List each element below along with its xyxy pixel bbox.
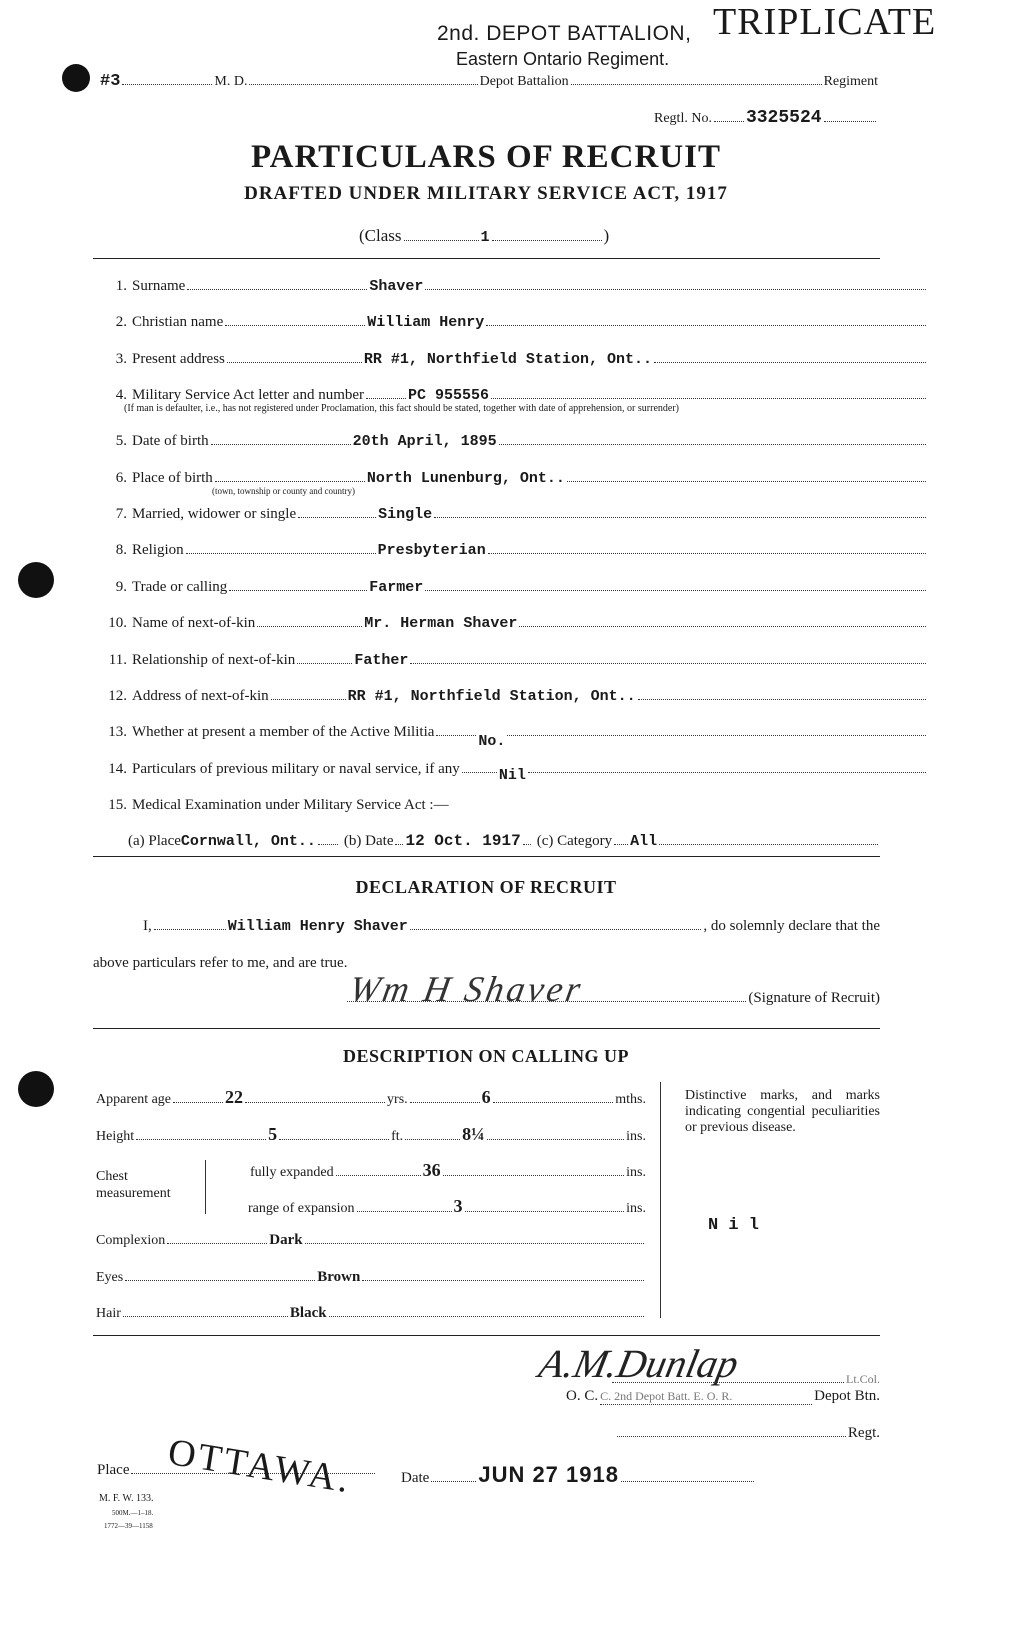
divider	[93, 258, 880, 259]
footer-date-line: Date JUN 27 1918	[401, 1462, 756, 1488]
range-expansion-row: range of expansion 3 ins.	[248, 1196, 646, 1217]
page-title: PARTICULARS OF RECRUIT	[0, 139, 972, 176]
regiment-label: Regiment	[824, 74, 878, 90]
fully-expanded-value: 36	[423, 1160, 441, 1181]
form-number: M. F. W. 133.	[99, 1493, 154, 1504]
declaration-name-value: William Henry Shaver	[228, 918, 408, 935]
regt-line: Regt.	[615, 1425, 880, 1442]
officer-sign-line: Lt.Col.	[610, 1372, 880, 1387]
regtl-no-value: 3325524	[746, 108, 822, 128]
msa-note: (If man is defaulter, i.e., has not regi…	[124, 403, 679, 414]
oc-line: O. C. C. 2nd Depot Batt. E. O. R. Depot …	[566, 1388, 880, 1405]
field-msa-number: 4. Military Service Act letter and numbe…	[105, 387, 928, 404]
marks-value: N i l	[708, 1216, 759, 1235]
marks-label: Distinctive marks, and marks indicating …	[685, 1088, 880, 1136]
md-value: #3	[100, 72, 120, 91]
md-label: M. D.	[214, 74, 247, 90]
depot-label: Depot Battalion	[480, 74, 569, 90]
kin-address-value: RR #1, Northfield Station, Ont..	[348, 688, 636, 705]
place-of-birth-note: (town, township or county and country)	[212, 486, 355, 496]
next-of-kin-value: Mr. Herman Shaver	[364, 615, 517, 632]
field-previous-service: 14. Particulars of previous military or …	[105, 761, 928, 778]
marks-divider	[660, 1082, 661, 1318]
present-address-value: RR #1, Northfield Station, Ont..	[364, 351, 652, 368]
eyes-value: Brown	[317, 1269, 360, 1286]
eyes-row: Eyes Brown	[96, 1269, 646, 1286]
field-marital-status: 7. Married, widower or single Single	[105, 506, 928, 523]
stamp-regiment: Eastern Ontario Regiment.	[456, 49, 669, 70]
divider	[93, 1335, 880, 1336]
stamp-triplicate: TRIPLICATE	[713, 0, 936, 44]
field-trade: 9. Trade or calling Farmer	[105, 579, 928, 596]
field-surname: 1. Surname Shaver	[105, 278, 928, 295]
hair-value: Black	[290, 1305, 327, 1322]
print-line-2: 1772—39—1158	[104, 1522, 153, 1530]
field-medical-exam: 15. Medical Examination under Military S…	[105, 797, 928, 814]
relationship-value: Father	[354, 652, 408, 669]
print-line-1: 500M.—1–18.	[112, 1509, 153, 1517]
field-relationship: 11. Relationship of next-of-kin Father	[105, 652, 928, 669]
marital-status-value: Single	[378, 506, 432, 523]
field-kin-address: 12. Address of next-of-kin RR #1, Northf…	[105, 688, 928, 705]
stamp-battalion: 2nd. DEPOT BATTALION,	[437, 22, 691, 46]
punch-hole	[18, 562, 54, 598]
height-ft-value: 5	[268, 1124, 277, 1145]
field-date-of-birth: 5. Date of birth 20th April, 1895	[105, 433, 928, 450]
declaration-heading: DECLARATION OF RECRUIT	[0, 877, 972, 898]
hair-row: Hair Black	[96, 1305, 646, 1322]
description-heading: DESCRIPTION ON CALLING UP	[0, 1046, 972, 1067]
class-line: (Class 1 )	[359, 226, 609, 246]
declaration-line2: above particulars refer to me, and are t…	[93, 955, 347, 972]
class-value: 1	[481, 229, 490, 246]
officer-rank: Lt.Col.	[846, 1372, 880, 1387]
field-active-militia: 13. Whether at present a member of the A…	[105, 724, 928, 741]
punch-hole	[62, 64, 90, 92]
date-of-birth-value: 20th April, 1895	[353, 433, 497, 450]
field-place-of-birth: 6. Place of birth North Lunenburg, Ont..	[105, 470, 928, 487]
field-next-of-kin: 10. Name of next-of-kin Mr. Herman Shave…	[105, 615, 928, 632]
age-months-value: 6	[482, 1087, 491, 1108]
oc-value: C. 2nd Depot Batt. E. O. R.	[600, 1389, 812, 1405]
height-row: Height 5 ft. 8¼ ins.	[96, 1124, 646, 1145]
page-subtitle: DRAFTED UNDER MILITARY SERVICE ACT, 1917	[0, 183, 972, 205]
complexion-value: Dark	[269, 1232, 302, 1249]
surname-value: Shaver	[369, 278, 423, 295]
field-christian-name: 2. Christian name William Henry	[105, 314, 928, 331]
field-religion: 8. Religion Presbyterian	[105, 542, 928, 559]
msa-number-value: PC 955556	[408, 387, 489, 404]
punch-hole	[18, 1071, 54, 1107]
divider	[93, 1028, 880, 1029]
divider	[93, 856, 880, 857]
medical-category-value: All	[630, 833, 657, 850]
previous-service-value: Nil	[499, 767, 526, 784]
medical-place-value: Cornwall, Ont..	[181, 833, 316, 850]
height-in-value: 8¼	[462, 1124, 485, 1145]
range-expansion-value: 3	[454, 1196, 463, 1217]
date-stamp: JUN 27 1918	[478, 1462, 619, 1488]
complexion-row: Complexion Dark	[96, 1232, 646, 1249]
declaration-line: I, William Henry Shaver , do solemnly de…	[143, 918, 880, 935]
christian-name-value: William Henry	[367, 314, 484, 331]
apparent-age-row: Apparent age 22 yrs. 6 mths.	[96, 1087, 646, 1108]
trade-value: Farmer	[369, 579, 423, 596]
religion-value: Presbyterian	[378, 542, 486, 559]
medical-date-value: 12 Oct. 1917	[405, 832, 520, 850]
recruit-signature: Wm H Shaver	[346, 968, 586, 1010]
field-present-address: 3. Present address RR #1, Northfield Sta…	[105, 351, 928, 368]
age-years-value: 22	[225, 1087, 243, 1108]
md-line: #3 M. D. Depot Battalion Regiment	[100, 72, 878, 91]
medical-line: (a) Place Cornwall, Ont.. (b) Date 12 Oc…	[128, 832, 880, 850]
regtl-no-line: Regtl. No. 3325524	[654, 108, 878, 128]
place-of-birth-value: North Lunenburg, Ont..	[367, 470, 565, 487]
chest-label: Chest measurement	[96, 1168, 196, 1202]
active-militia-value: No.	[478, 733, 505, 750]
chest-brace	[205, 1160, 212, 1214]
ottawa-stamp: OTTAWA.	[165, 1430, 354, 1502]
fully-expanded-row: fully expanded 36 ins.	[250, 1160, 646, 1181]
regtl-no-label: Regtl. No.	[654, 111, 712, 127]
